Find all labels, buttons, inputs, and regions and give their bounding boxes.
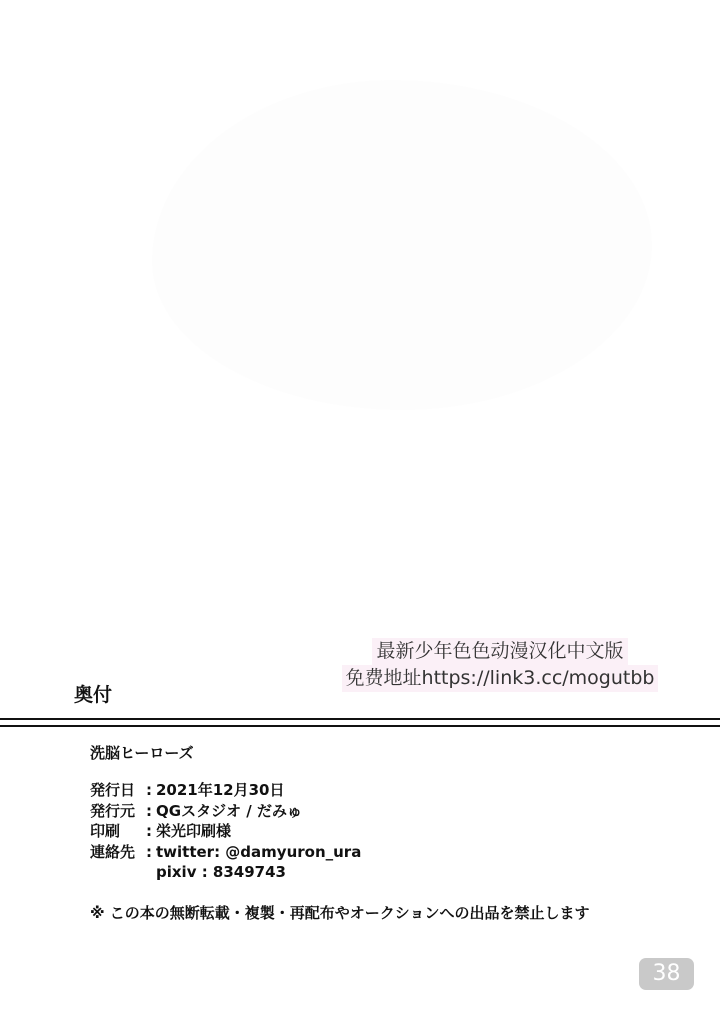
page-number-badge: 38 bbox=[639, 958, 694, 990]
watermark-line-1: 最新少年色色动漫汉化中文版 bbox=[372, 638, 627, 665]
info-value: 栄光印刷様 bbox=[156, 821, 231, 842]
info-label: 発行日 bbox=[90, 780, 146, 801]
info-row-pixiv: pixiv : 8349743 bbox=[90, 862, 361, 883]
info-separator: : bbox=[146, 780, 156, 801]
info-value: pixiv : 8349743 bbox=[156, 862, 286, 883]
info-row-printer: 印刷 : 栄光印刷様 bbox=[90, 821, 361, 842]
redacted-image-area bbox=[152, 80, 652, 410]
book-title: 洗脳ヒーローズ bbox=[90, 742, 194, 763]
info-value: twitter: @damyuron_ura bbox=[156, 842, 361, 863]
info-row-publish-date: 発行日 : 2021年12月30日 bbox=[90, 780, 361, 801]
watermark: 最新少年色色动漫汉化中文版 免费地址https://link3.cc/mogut… bbox=[320, 638, 680, 692]
info-label: 印刷 bbox=[90, 821, 146, 842]
info-separator: : bbox=[146, 842, 156, 863]
watermark-line-2: 免费地址https://link3.cc/mogutbb bbox=[342, 665, 659, 692]
info-separator: : bbox=[146, 821, 156, 842]
info-label: 連絡先 bbox=[90, 842, 146, 863]
info-separator: : bbox=[146, 801, 156, 822]
divider-bottom bbox=[0, 725, 720, 727]
copyright-notice: ※ この本の無断転載・複製・再配布やオークションへの出品を禁止します bbox=[90, 902, 590, 923]
divider-top bbox=[0, 718, 720, 720]
section-title: 奥付 bbox=[74, 680, 112, 707]
info-value: 2021年12月30日 bbox=[156, 780, 285, 801]
info-row-publisher: 発行元 : QGスタジオ / だみゅ bbox=[90, 801, 361, 822]
colophon-info: 発行日 : 2021年12月30日 発行元 : QGスタジオ / だみゅ 印刷 … bbox=[90, 780, 361, 883]
info-value: QGスタジオ / だみゅ bbox=[156, 801, 302, 822]
info-label: 発行元 bbox=[90, 801, 146, 822]
info-row-contact: 連絡先 : twitter: @damyuron_ura bbox=[90, 842, 361, 863]
